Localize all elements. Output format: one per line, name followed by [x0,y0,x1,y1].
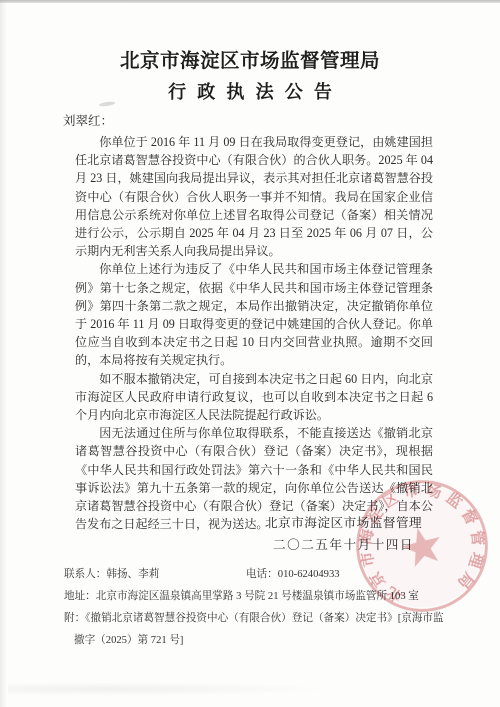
body-paragraph-1: 你单位于 2016 年 11 月 09 日在我局取得变更登记，由姚建国担任北京诸… [75,133,433,260]
recipient-name: 刘翠红： [63,112,500,130]
signature-block: 北京市海淀区市场监督管理 二〇二五年十月十四日 [0,515,500,554]
footer-block: 联系人：韩扬、李莉 电话：010-62404933 地址：北京市海淀区温泉镇高里… [0,564,430,652]
signature-agency: 北京市海淀区市场监督管理 [265,515,500,532]
signature-date: 二〇二五年十月十四日 [273,537,500,554]
address-row: 地址：北京市海淀区温泉镇高里掌路 3 号院 21 号楼温泉镇市场监管所 103 … [64,586,430,608]
body-paragraph-2: 你单位上述行为违反了《中华人民共和国市场主体登记管理条例》第十七条之规定，依据《… [75,260,433,369]
phone-value: 010-62404933 [278,569,340,580]
attachment-row: 附：《撤销北京诸葛智慧谷投资中心（有限合伙）登记（备案）决定书》[京海市监撤字（… [64,608,446,652]
address-label: 地址： [64,591,96,602]
body-paragraph-3: 如不服本撤销决定，可自接到本决定书之日起 60 日内，向北京市海淀区人民政府申请… [75,370,433,425]
attachment-value: 《撤销北京诸葛智慧谷投资中心（有限合伙）登记（备案）决定书》[京海市监撤字（20… [74,613,444,646]
agency-title: 北京市海淀区市场监督管理局 [0,49,500,75]
notice-title: 行政执法公告 [0,80,500,104]
phone-row: 电话：010-62404933 [246,564,340,586]
notice-body: 你单位于 2016 年 11 月 09 日在我局取得变更登记，由姚建国担任北京诸… [75,133,433,533]
scan-edge-artifact [0,0,500,3]
contact-person-label: 联系人： [64,569,106,580]
phone-label: 电话： [246,569,278,580]
attachment-label: 附： [64,613,85,624]
document-header: 北京市海淀区市场监督管理局 行政执法公告 [0,49,500,104]
notice-document-page: 北京市海淀区市场监督管理局 行政执法公告 刘翠红： 你单位于 2016 年 11… [0,0,500,707]
scan-smudge [8,682,328,696]
contact-person-value: 韩扬、李莉 [106,569,159,580]
contact-row: 联系人：韩扬、李莉 电话：010-62404933 [64,564,430,586]
address-value: 北京市海淀区温泉镇高里掌路 3 号院 21 号楼温泉镇市场监管所 103 室 [96,591,419,602]
